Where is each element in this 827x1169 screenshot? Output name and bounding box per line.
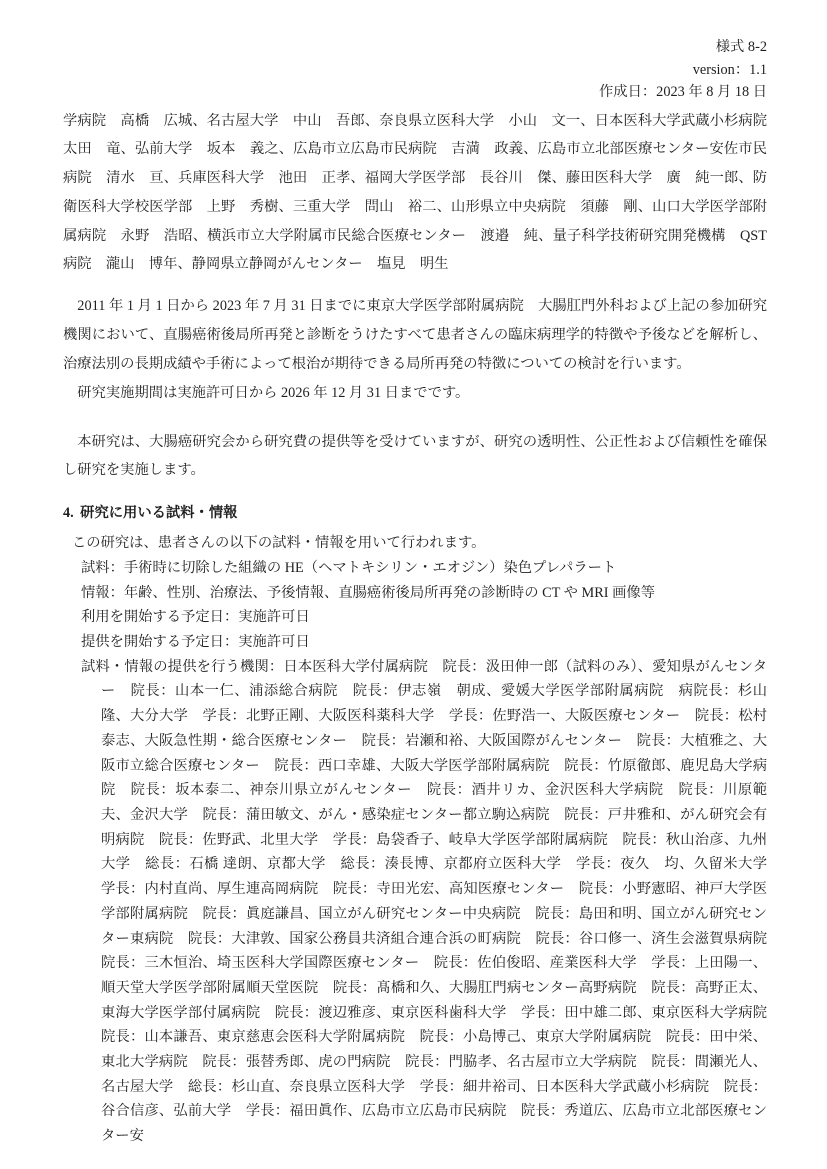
item-information: 情報：年齢、性別、治療法、予後情報、直腸癌術後局所再発の診断時の CT や MR…: [81, 581, 767, 606]
section-4-title: 研究に用いる試料・情報: [80, 505, 237, 521]
section-4-intro: この研究は、患者さんの以下の試料・情報を用いて行われます。: [72, 531, 767, 556]
document-page: 様式 8-2 version：1.1 作成日：2023 年 8 月 18 日 学…: [0, 0, 827, 1169]
section-4-heading: 4.研究に用いる試料・情報: [63, 501, 767, 525]
item-provision-start-date: 提供を開始する予定日：実施許可日: [81, 630, 767, 655]
item-specimen: 試料：手術時に切除した組織の HE（ヘマトキシリン・エオジン）染色プレパラート: [81, 556, 767, 581]
participating-researchers-continuation: 学病院 高橋 広城、名古屋大学 中山 吾郎、奈良県立医科大学 小山 文一、日本医…: [63, 107, 767, 280]
created-date-label: 作成日：2023 年 8 月 18 日: [63, 81, 767, 104]
document-header: 様式 8-2 version：1.1 作成日：2023 年 8 月 18 日: [63, 36, 767, 104]
funding-statement-paragraph: 本研究は、大腸癌研究会から研究費の提供等を受けていますが、研究の透明性、公正性お…: [63, 428, 767, 484]
item-providing-institutions-list: 試料・情報の提供を行う機関：日本医科大学付属病院 院長：汲田伸一郎（試料のみ）、…: [101, 655, 767, 1149]
section-4-number: 4.: [63, 505, 74, 521]
study-description-paragraph: 2011 年 1 月 1 日から 2023 年 7 月 31 日までに東京大学医…: [63, 292, 767, 378]
form-number-label: 様式 8-2: [63, 36, 767, 59]
item-use-start-date: 利用を開始する予定日：実施許可日: [81, 605, 767, 630]
study-period-paragraph: 研究実施期間は実施許可日から 2026 年 12 月 31 日までです。: [63, 379, 767, 408]
section-4-materials-information: 4.研究に用いる試料・情報 この研究は、患者さんの以下の試料・情報を用いて行われ…: [63, 501, 767, 1148]
version-label: version：1.1: [63, 59, 767, 82]
